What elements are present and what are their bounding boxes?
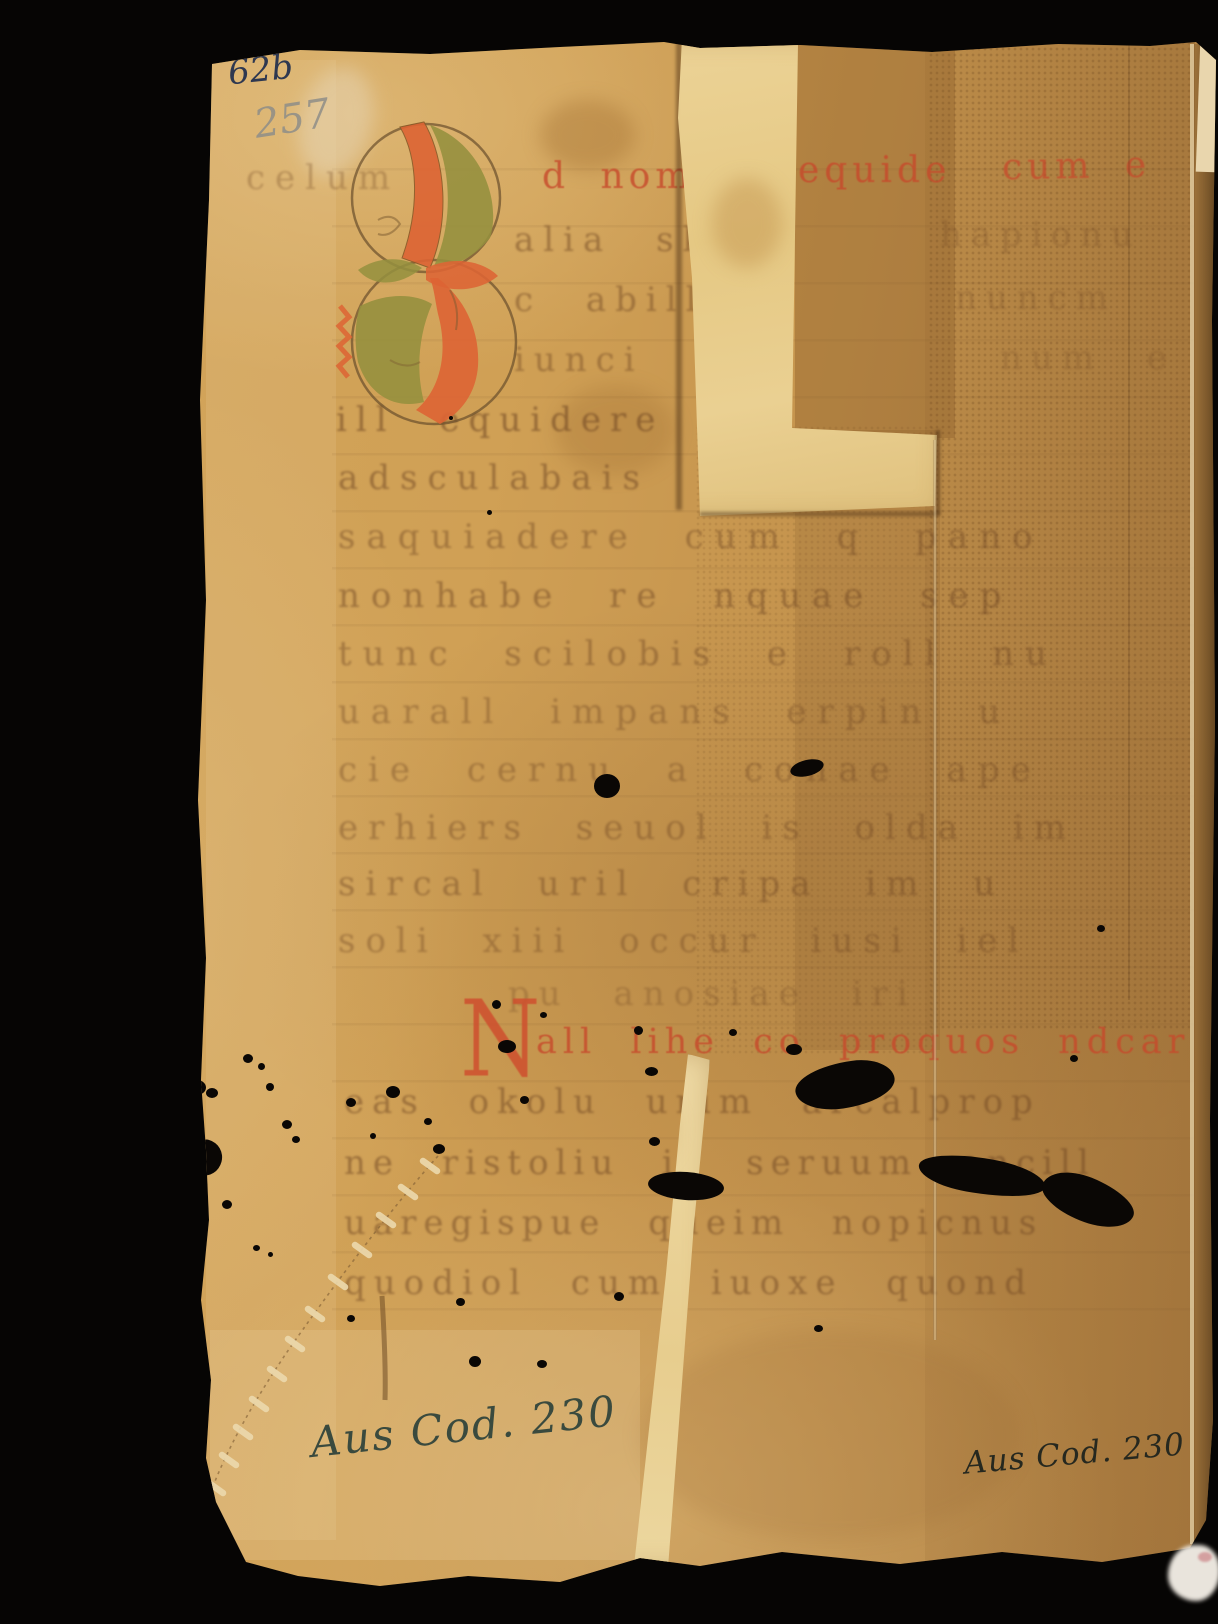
photograph-background: celum alia sku c abill iunci ill equider… <box>0 0 1218 1624</box>
worm-hole <box>268 1252 273 1257</box>
worm-hole <box>449 416 453 420</box>
worm-hole <box>487 510 492 515</box>
letter-descender <box>382 1296 385 1400</box>
worm-hole <box>645 1067 658 1076</box>
worm-hole <box>537 1360 547 1368</box>
worm-hole <box>649 1137 660 1146</box>
worm-hole <box>282 1120 292 1129</box>
worm-hole <box>222 1200 232 1209</box>
worm-hole <box>814 1325 823 1332</box>
worm-hole <box>456 1298 465 1306</box>
worm-hole <box>292 1136 300 1143</box>
worm-hole <box>729 1029 737 1036</box>
worm-hole <box>786 1044 802 1055</box>
parchment-page: celum alia sku c abill iunci ill equider… <box>0 0 1218 1624</box>
worm-hole <box>614 1292 624 1301</box>
worm-hole <box>540 1012 547 1018</box>
worm-hole <box>594 774 620 798</box>
worm-hole <box>370 1133 376 1139</box>
worm-hole <box>469 1356 481 1367</box>
worm-hole <box>253 1245 260 1251</box>
worm-hole <box>492 1000 501 1009</box>
worm-hole <box>424 1118 432 1125</box>
worm-hole <box>243 1054 253 1063</box>
worm-hole <box>347 1315 355 1322</box>
worm-hole <box>520 1096 529 1104</box>
folio-number-ink: 62b <box>226 47 295 94</box>
worm-hole <box>1097 925 1105 932</box>
worm-hole <box>433 1144 445 1154</box>
worm-hole <box>266 1083 274 1091</box>
worm-hole <box>634 1026 643 1035</box>
worm-hole <box>206 1088 218 1098</box>
worm-hole <box>1070 1055 1078 1062</box>
worm-hole <box>498 1040 516 1053</box>
worm-hole <box>258 1063 265 1070</box>
edge-notch <box>188 1080 206 1095</box>
worm-hole <box>386 1086 400 1098</box>
repair-seam-svg <box>0 0 1218 1624</box>
worm-hole <box>346 1098 356 1107</box>
next-page-corner-pink <box>1198 1552 1212 1562</box>
